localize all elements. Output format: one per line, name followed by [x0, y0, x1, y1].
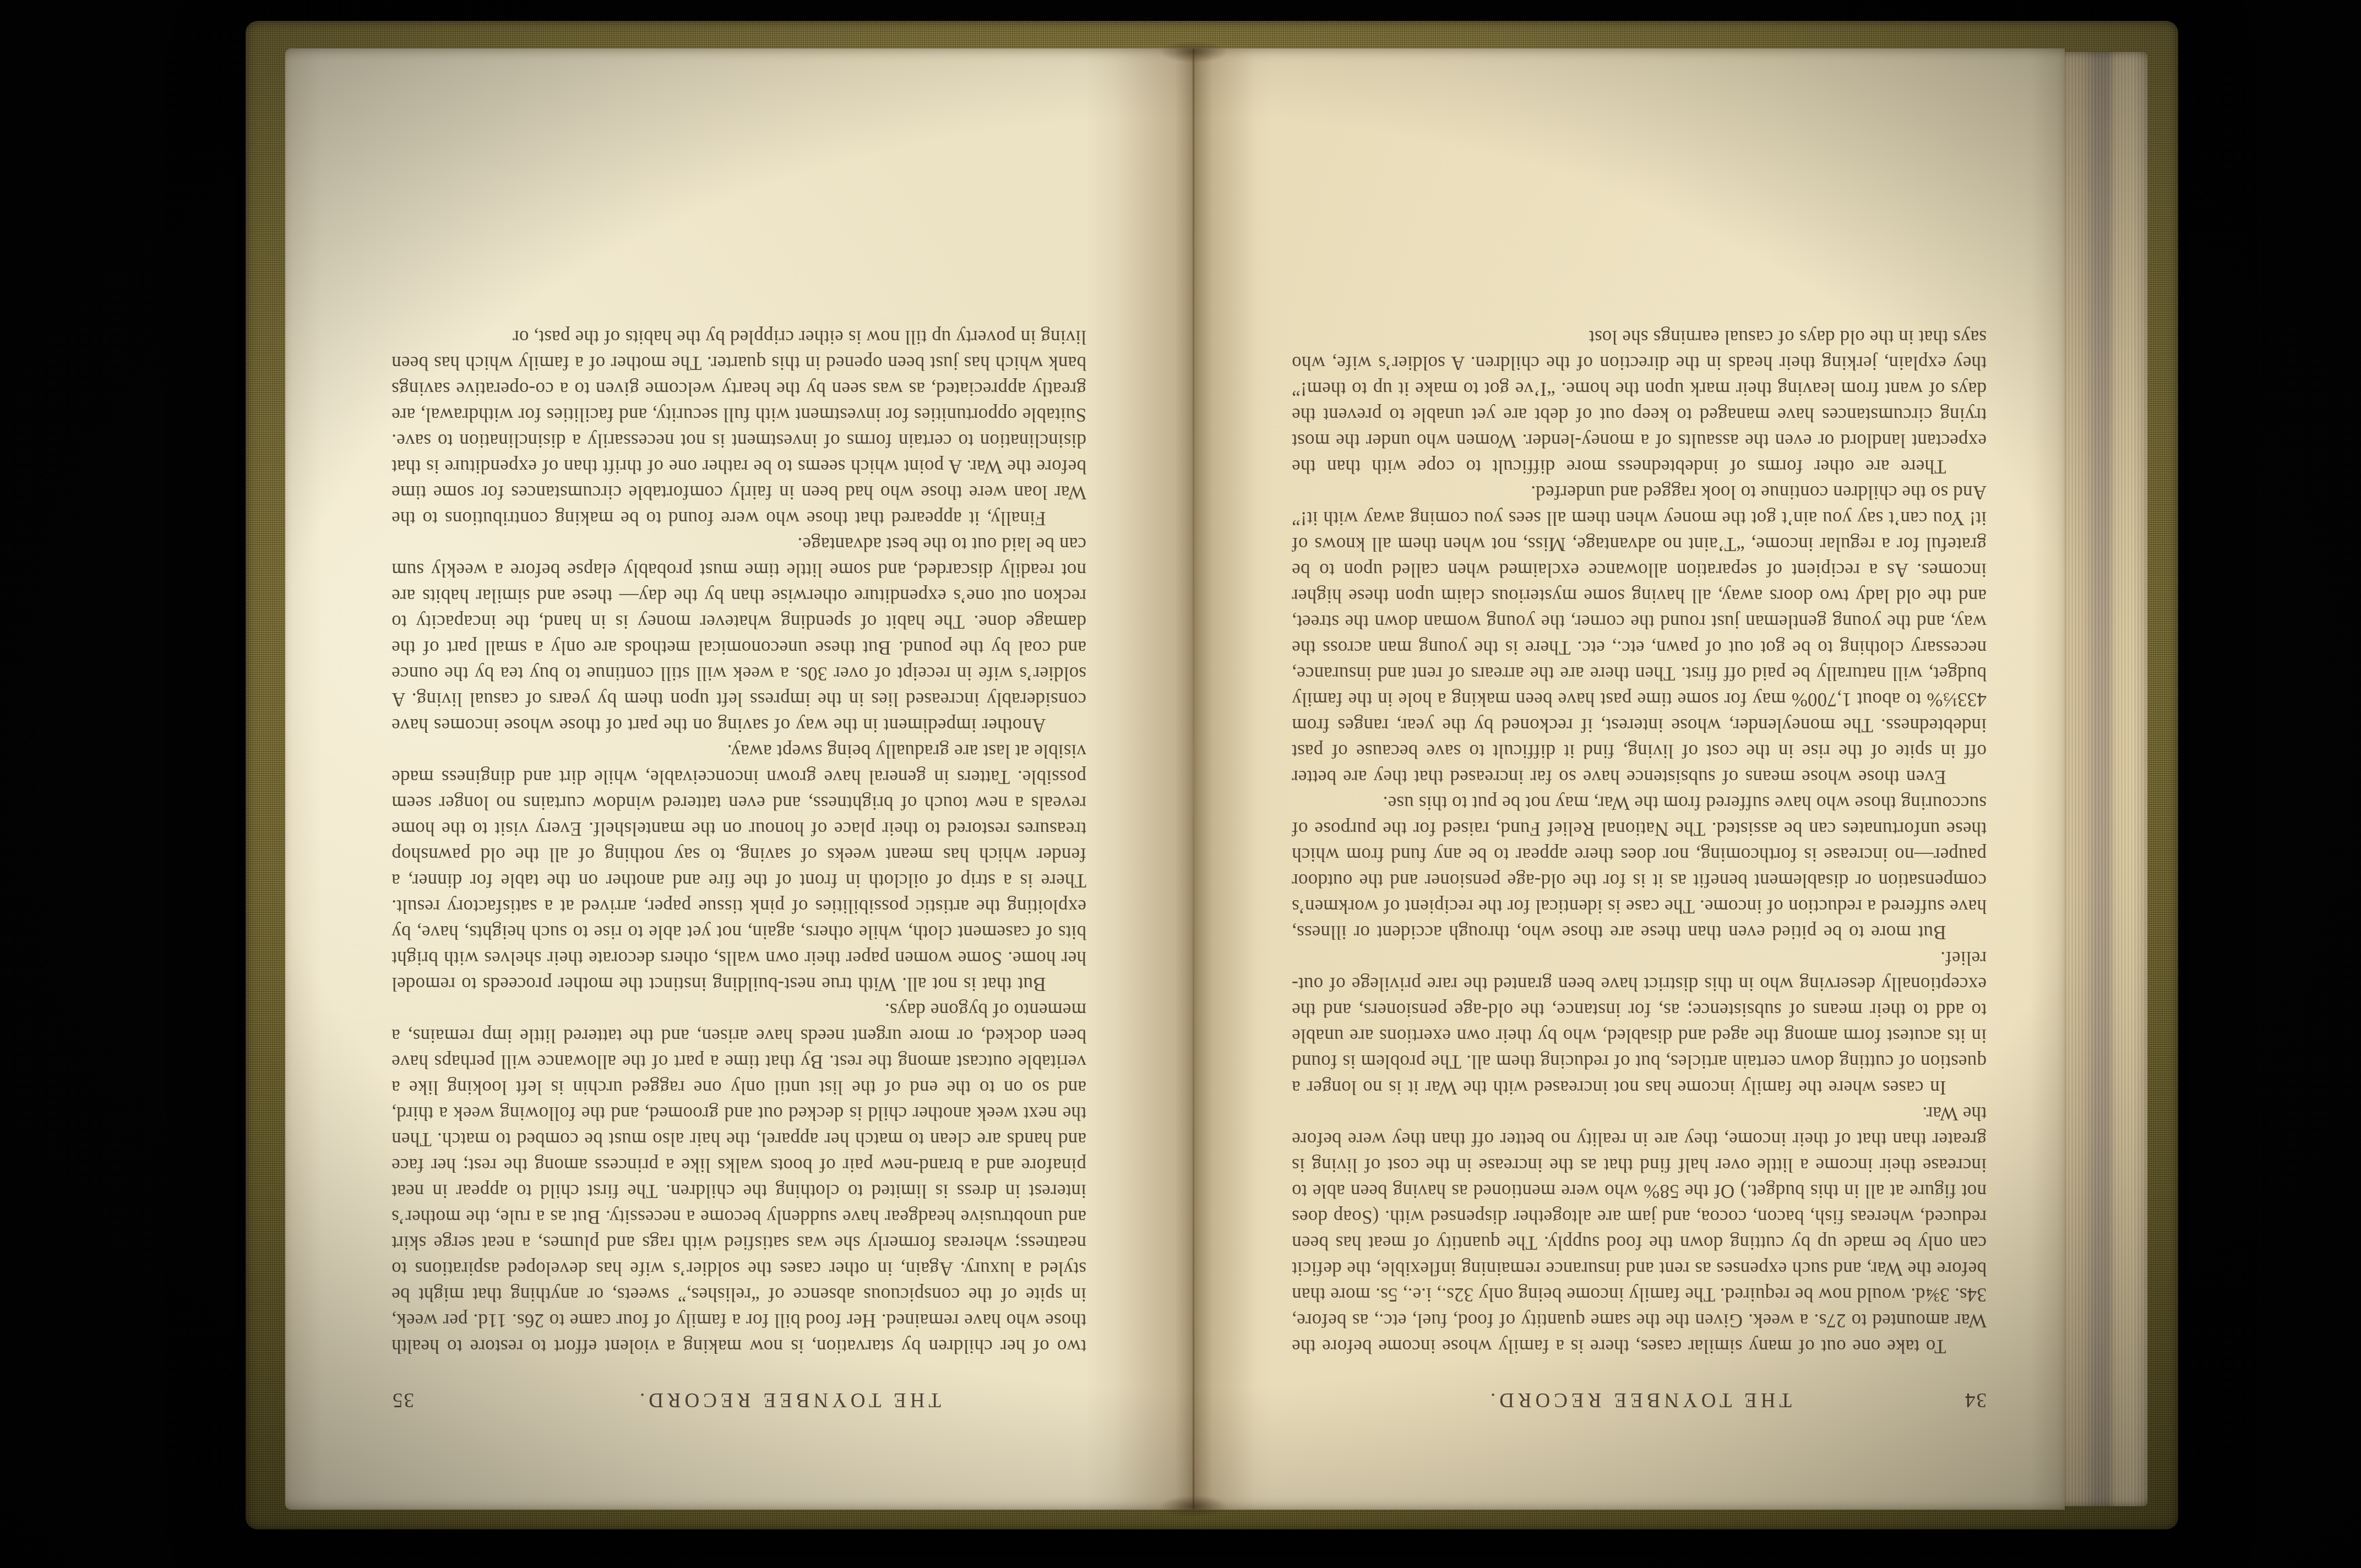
paragraph: In cases where the family income has not…	[1292, 945, 1987, 1101]
paragraph: two of her children by starvation, is no…	[391, 997, 1086, 1359]
page-34-body: To take one out of many similar cases, t…	[1292, 324, 1987, 1359]
paragraph: But more to be pitied even than these ar…	[1292, 790, 1987, 945]
paragraph: To take one out of many similar cases, t…	[1292, 1101, 1987, 1359]
page-34-header: 34 THE TOYNBEE RECORD.	[1292, 1388, 1987, 1412]
paragraph: Finally, it appeared that those who were…	[391, 324, 1086, 531]
paragraph: But that is not all. With true nest-buil…	[391, 738, 1086, 997]
journal-title: THE TOYNBEE RECORD.	[491, 1388, 1086, 1412]
page-35-header: 35 THE TOYNBEE RECORD.	[391, 1388, 1086, 1412]
page-number: 35	[391, 1388, 441, 1412]
photo-background: { "photo": { "background": "#030303" }, …	[0, 0, 2361, 1568]
page-35: 35 THE TOYNBEE RECORD. two of her childr…	[391, 178, 1086, 1412]
paragraph: Another impediment in the way of saving …	[391, 531, 1086, 738]
paragraph: There are other forms of indebtedness mo…	[1292, 324, 1987, 480]
page-34: 34 THE TOYNBEE RECORD. To take one out o…	[1292, 178, 1987, 1412]
upside-down-text-layer: 34 THE TOYNBEE RECORD. To take one out o…	[246, 21, 2178, 1529]
page-35-body: two of her children by starvation, is no…	[391, 324, 1086, 1359]
open-book: 34 THE TOYNBEE RECORD. To take one out o…	[246, 21, 2178, 1529]
paragraph: Even those whose means of subsistence ha…	[1292, 480, 1987, 790]
journal-title: THE TOYNBEE RECORD.	[1341, 1388, 1937, 1412]
page-number: 34	[1937, 1388, 1987, 1412]
